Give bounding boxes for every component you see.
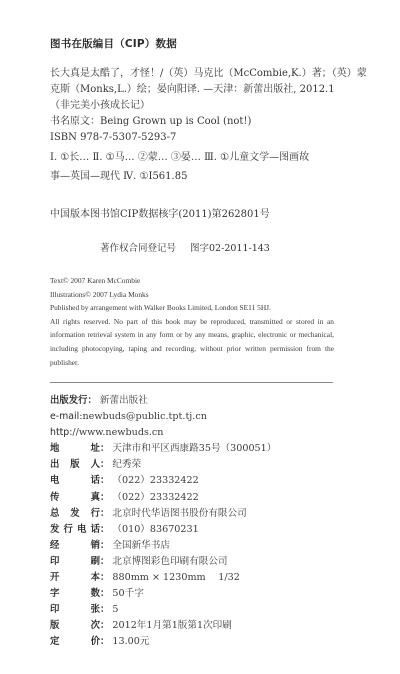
info-row-fax: 传 真：（022）23332422 [50,490,370,506]
cip-line-series: （非完美小孩成长记） [50,98,350,114]
cip-line-illustrator: 克斯（Monks,L.）绘；晏向阳译. —天津：新蕾出版社, 2012.1 [50,82,350,98]
info-value: 天津市和平区西康路35号（300051） [112,441,276,457]
info-colon: ： [100,538,109,554]
text-copyright: Text© 2007 Karen McCombie [50,274,334,288]
divider-rule [50,382,333,383]
info-label: 地 址 [50,441,100,457]
info-label: 字 数 [50,586,100,602]
info-row-format: 开 本：880mm × 1230mm 1/32 [50,570,370,586]
publication-info-list: 出版发行：新蕾出版社 e-mail:newbuds@public.tpt.tj.… [50,393,370,651]
info-label: 发行电话 [50,522,100,538]
info-label: 定 价 [50,634,100,650]
info-value: （022）23332422 [112,490,198,506]
info-row-publisher-person: 出 版 人：纪秀荣 [50,457,370,473]
info-colon: ： [88,393,97,409]
info-label: 总 发 行 [50,506,100,522]
info-colon: ： [100,618,109,634]
cip-record: 长大真是太酷了，才怪！/（英）马克比（McCombie,K.）著；（英）蒙 克斯… [50,66,350,146]
info-label: 出版发行 [50,393,88,409]
info-value: 纪秀荣 [112,457,141,473]
info-value: 2012年1月第1版第1次印刷 [112,618,231,634]
info-colon: ： [100,586,109,602]
info-row-dealer: 经 销：全国新华书店 [50,538,370,554]
cip-heading: 图书在版编目（CIP）数据 [50,36,177,51]
info-label: 版 次 [50,618,100,634]
cip-data-number: 中国版本图书馆CIP数据核字(2011)第262801号 [50,205,270,220]
info-value: 13.00元 [112,634,149,650]
info-value: 北京时代华语图书股份有限公司 [112,506,246,522]
info-colon: ： [100,457,109,473]
info-row-distributor: 总 发 行：北京时代华语图书股份有限公司 [50,506,370,522]
info-label: 电 话 [50,473,100,489]
copyright-registration: 著作权合同登记号图字02-2011-143 [100,240,270,254]
rights-reserved-paragraph: All rights reserved. No part of this boo… [50,315,334,369]
info-value: 5 [112,602,118,618]
email-link[interactable]: newbuds@public.tpt.tj.cn [82,409,206,425]
website-link[interactable]: //www.newbuds.cn [72,425,163,441]
info-row-publisher: 出版发行：新蕾出版社 [50,393,370,409]
info-row-sheets: 印 张：5 [50,602,370,618]
classification-line: Ⅰ. ①长… Ⅱ. ①马… ②蒙… ③晏… Ⅲ. ①儿童文学—图画故 [50,148,350,167]
info-label: 经 销 [50,538,100,554]
info-colon: ： [100,554,109,570]
info-colon: ： [100,506,109,522]
classification-line: 事—英国—现代 Ⅳ. ①I561.85 [50,167,350,186]
cip-line-original-title: 书名原文：Being Grown up is Cool (not!) [50,114,350,130]
info-colon: ： [100,602,109,618]
info-value: （010）83670231 [112,522,198,538]
info-row-distribution-phone: 发行电话：（010）83670231 [50,522,370,538]
info-row-website: http://www.newbuds.cn [50,425,370,441]
info-row-word-count: 字 数：50千字 [50,586,370,602]
cip-line-isbn: ISBN 978-7-5307-5293-7 [50,130,350,146]
info-colon: ： [100,490,109,506]
publishing-arrangement: Published by arrangement with Walker Boo… [50,301,334,315]
copyright-registration-label: 著作权合同登记号 [100,243,176,254]
info-label: http [50,425,69,441]
info-value: 全国新华书店 [112,538,170,554]
info-label: 传 真 [50,490,100,506]
info-row-address: 地 址：天津市和平区西康路35号（300051） [50,441,370,457]
info-value: 880mm × 1230mm 1/32 [112,570,239,586]
info-row-printer: 印 刷：北京博图彩色印刷有限公司 [50,554,370,570]
info-value: （022）23332422 [112,473,198,489]
info-row-phone: 电 话：（022）23332422 [50,473,370,489]
info-value: 50千字 [112,586,143,602]
info-value: 新蕾出版社 [100,393,148,409]
cip-line-title: 长大真是太酷了，才怪！/（英）马克比（McCombie,K.）著；（英）蒙 [50,66,350,82]
info-row-email: e-mail:newbuds@public.tpt.tj.cn [50,409,370,425]
english-copyright-notice: Text© 2007 Karen McCombie Illustrations©… [50,274,334,369]
info-colon: ： [100,570,109,586]
info-label: 开 本 [50,570,100,586]
info-colon: ： [100,473,109,489]
info-label: 印 张 [50,602,100,618]
info-label: e-mail [50,409,79,425]
info-value: 北京博图彩色印刷有限公司 [112,554,227,570]
info-row-edition: 版 次：2012年1月第1版第1次印刷 [50,618,370,634]
info-colon: ： [100,441,109,457]
info-label: 印 刷 [50,554,100,570]
illustrations-copyright: Illustrations© 2007 Lydia Monks [50,288,334,302]
info-label: 出 版 人 [50,457,100,473]
info-colon: ： [100,634,109,650]
info-row-price: 定 价：13.00元 [50,634,370,650]
copyright-registration-value: 图字02-2011-143 [190,243,270,254]
cip-classification: Ⅰ. ①长… Ⅱ. ①马… ②蒙… ③晏… Ⅲ. ①儿童文学—图画故 事—英国—… [50,148,350,186]
info-colon: ： [100,522,109,538]
